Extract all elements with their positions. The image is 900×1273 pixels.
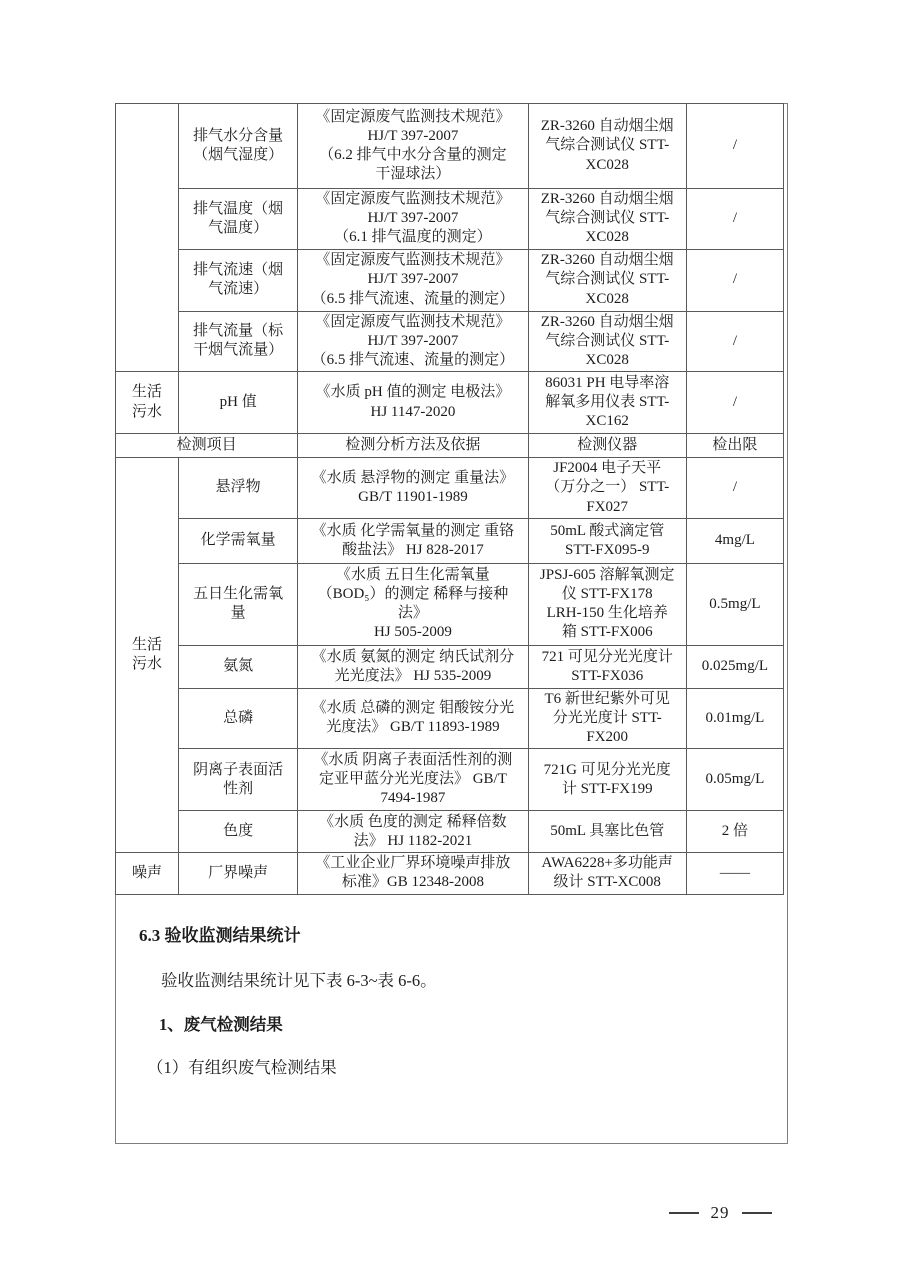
limit-cell: ——	[686, 853, 783, 894]
method-cell: 《水质 pH 值的测定 电极法》 HJ 1147-2020	[298, 372, 528, 434]
method-cell: 《固定源废气监测技术规范》 HJ/T 397-2007 （6.5 排气流速、流量…	[298, 249, 528, 311]
method-cell: 《固定源废气监测技术规范》 HJ/T 397-2007 （6.1 排气温度的测定…	[298, 189, 528, 250]
limit-cell: /	[686, 189, 783, 250]
table-row: 氨氮《水质 氨氮的测定 纳氏试剂分 光光度法》 HJ 535-2009721 可…	[116, 645, 784, 688]
instrument-cell: JF2004 电子天平 （万分之一） STT- FX027	[528, 458, 686, 519]
page-number-dash-icon	[669, 1212, 699, 1214]
method-cell: 《工业企业厂界环境噪声排放 标准》GB 12348-2008	[298, 853, 528, 894]
item-cell: 悬浮物	[179, 458, 298, 519]
instrument-cell: ZR-3260 自动烟尘烟 气综合测试仪 STT- XC028	[528, 311, 686, 372]
section-heading: 6.3 验收监测结果统计	[139, 921, 301, 946]
instrument-cell: 86031 PH 电导率溶 解氧多用仪表 STT- XC162	[528, 372, 686, 434]
page-number: 29	[658, 1200, 782, 1226]
limit-cell: /	[686, 104, 783, 189]
item-cell: 排气温度（烟 气温度）	[179, 189, 298, 250]
method-cell: 《水质 色度的测定 稀释倍数 法》 HJ 1182-2021	[298, 811, 528, 853]
item-cell: 厂界噪声	[179, 853, 298, 894]
table-header-row: 检测项目检测分析方法及依据检测仪器检出限	[116, 434, 784, 458]
instrument-cell: JPSJ-605 溶解氧测定 仪 STT-FX178 LRH-150 生化培养 …	[528, 563, 686, 645]
limit-cell: /	[686, 249, 783, 311]
intro-paragraph: 验收监测结果统计见下表 6-3~表 6-6。	[161, 967, 437, 991]
item-cell: 排气水分含量 （烟气湿度）	[179, 104, 298, 189]
limit-cell: 0.5mg/L	[686, 563, 783, 645]
table-row: 排气流速（烟 气流速）《固定源废气监测技术规范》 HJ/T 397-2007 （…	[116, 249, 784, 311]
limit-cell: 4mg/L	[686, 518, 783, 563]
limit-cell: 0.025mg/L	[686, 645, 783, 688]
table-row: 排气温度（烟 气温度）《固定源废气监测技术规范》 HJ/T 397-2007 （…	[116, 189, 784, 250]
table-row: 总磷《水质 总磷的测定 钼酸铵分光 光度法》 GB/T 11893-1989T6…	[116, 688, 784, 749]
item-cell: pH 值	[179, 372, 298, 434]
limit-cell: 2 倍	[686, 811, 783, 853]
method-cell: 《水质 氨氮的测定 纳氏试剂分 光光度法》 HJ 535-2009	[298, 645, 528, 688]
column-header-limit: 检出限	[686, 434, 783, 458]
instrument-cell: 50mL 酸式滴定管 STT-FX095-9	[528, 518, 686, 563]
item-cell: 氨氮	[179, 645, 298, 688]
subsection-heading: 1、废气检测结果	[159, 1011, 283, 1035]
table-row: 五日生化需氧 量《水质 五日生化需氧量 （BOD₅）的测定 稀释与接种 法》 H…	[116, 563, 784, 645]
method-cell: 《水质 化学需氧量的测定 重铬 酸盐法》 HJ 828-2017	[298, 518, 528, 563]
sub-item-paragraph: （1）有组织废气检测结果	[147, 1054, 337, 1078]
page-number-dash-icon	[742, 1212, 772, 1214]
table-row: 排气水分含量 （烟气湿度）《固定源废气监测技术规范》 HJ/T 397-2007…	[116, 104, 784, 189]
table-row: 排气流量（标 干烟气流量）《固定源废气监测技术规范》 HJ/T 397-2007…	[116, 311, 784, 372]
item-cell: 总磷	[179, 688, 298, 749]
table-row: 噪声厂界噪声《工业企业厂界环境噪声排放 标准》GB 12348-2008AWA6…	[116, 853, 784, 894]
page-number-value: 29	[711, 1203, 730, 1223]
limit-cell: 0.01mg/L	[686, 688, 783, 749]
instrument-cell: 721G 可见分光光度 计 STT-FX199	[528, 749, 686, 811]
method-cell: 《水质 阴离子表面活性剂的测 定亚甲蓝分光光度法》 GB/T 7494-1987	[298, 749, 528, 811]
category-cell: 生活 污水	[116, 372, 179, 434]
limit-cell: /	[686, 372, 783, 434]
column-header-instrument: 检测仪器	[528, 434, 686, 458]
category-cell: 生活 污水	[116, 458, 179, 853]
method-cell: 《水质 五日生化需氧量 （BOD₅）的测定 稀释与接种 法》 HJ 505-20…	[298, 563, 528, 645]
method-cell: 《水质 总磷的测定 钼酸铵分光 光度法》 GB/T 11893-1989	[298, 688, 528, 749]
limit-cell: /	[686, 311, 783, 372]
item-cell: 排气流量（标 干烟气流量）	[179, 311, 298, 372]
item-cell: 化学需氧量	[179, 518, 298, 563]
item-cell: 色度	[179, 811, 298, 853]
item-cell: 五日生化需氧 量	[179, 563, 298, 645]
instrument-cell: ZR-3260 自动烟尘烟 气综合测试仪 STT- XC028	[528, 249, 686, 311]
item-cell: 排气流速（烟 气流速）	[179, 249, 298, 311]
table-row: 生活 污水pH 值《水质 pH 值的测定 电极法》 HJ 1147-202086…	[116, 372, 784, 434]
instrument-cell: ZR-3260 自动烟尘烟 气综合测试仪 STT- XC028	[528, 189, 686, 250]
limit-cell: /	[686, 458, 783, 519]
method-cell: 《固定源废气监测技术规范》 HJ/T 397-2007 （6.5 排气流速、流量…	[298, 311, 528, 372]
limit-cell: 0.05mg/L	[686, 749, 783, 811]
item-cell: 阴离子表面活 性剂	[179, 749, 298, 811]
column-header-method: 检测分析方法及依据	[298, 434, 528, 458]
text-body-frame: 排气水分含量 （烟气湿度）《固定源废气监测技术规范》 HJ/T 397-2007…	[115, 103, 788, 1144]
column-header-item: 检测项目	[116, 434, 298, 458]
instrument-cell: T6 新世纪紫外可见 分光光度计 STT- FX200	[528, 688, 686, 749]
table-row: 阴离子表面活 性剂《水质 阴离子表面活性剂的测 定亚甲蓝分光光度法》 GB/T …	[116, 749, 784, 811]
monitoring-methods-table: 排气水分含量 （烟气湿度）《固定源废气监测技术规范》 HJ/T 397-2007…	[115, 103, 784, 895]
instrument-cell: 50mL 具塞比色管	[528, 811, 686, 853]
category-cell	[116, 104, 179, 372]
table-row: 生活 污水悬浮物《水质 悬浮物的测定 重量法》 GB/T 11901-1989J…	[116, 458, 784, 519]
table-row: 色度《水质 色度的测定 稀释倍数 法》 HJ 1182-202150mL 具塞比…	[116, 811, 784, 853]
method-cell: 《固定源废气监测技术规范》 HJ/T 397-2007 （6.2 排气中水分含量…	[298, 104, 528, 189]
category-cell: 噪声	[116, 853, 179, 894]
instrument-cell: ZR-3260 自动烟尘烟 气综合测试仪 STT- XC028	[528, 104, 686, 189]
instrument-cell: AWA6228+多功能声 级计 STT-XC008	[528, 853, 686, 894]
instrument-cell: 721 可见分光光度计 STT-FX036	[528, 645, 686, 688]
method-cell: 《水质 悬浮物的测定 重量法》 GB/T 11901-1989	[298, 458, 528, 519]
table-row: 化学需氧量《水质 化学需氧量的测定 重铬 酸盐法》 HJ 828-201750m…	[116, 518, 784, 563]
